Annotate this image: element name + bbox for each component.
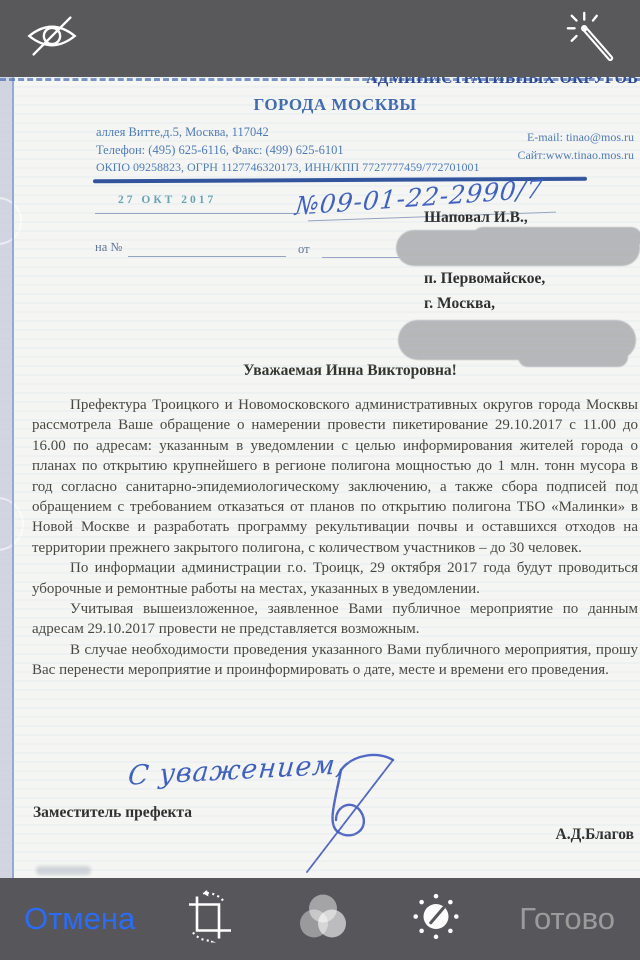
recipient-settlement: п. Первомайское, [424,270,545,288]
recipient-city: г. Москва, [424,295,495,313]
salutation: Уважаемая Инна Викторовна! [140,362,560,380]
letter-body: Префектура Троицкого и Новомосковского а… [32,395,638,681]
body-paragraph: Префектура Троицкого и Новомосковского а… [32,395,638,558]
eye-slash-icon [26,10,78,67]
reply-to-label: на № [95,240,122,255]
signer-name: А.Д.Благов [556,826,634,844]
cancel-button[interactable]: Отмена [24,901,135,937]
letterhead-address: аллея Витте,д.5, Москва, 117042 [96,125,269,140]
adjust-dial-icon [411,929,461,946]
letterhead-org-line-partial: АДМИНИСТРАТИВНЫХ ОКРУГОВ [366,77,638,88]
body-paragraph: Учитывая вышеизложенное, заявленное Вами… [32,599,638,640]
auto-enhance-button[interactable] [564,9,618,68]
letterhead-city-line: ГОРОДА МОСКВЫ [200,95,470,115]
letterhead-website: Сайт:www.tinao.mos.ru [517,148,634,163]
photo-editor-screen: АДМИНИСТРАТИВНЫХ ОКРУГОВ ГОРОДА МОСКВЫ а… [0,0,640,960]
letterhead-phone-fax: Телефон: (495) 625-6116, Факс: (499) 625… [96,143,344,158]
reply-underline [128,256,286,257]
body-paragraph: По информации администрации г.о. Троицк,… [32,558,638,599]
date-stamp: 27 ОКТ 2017 [118,194,216,206]
signature-scribble [283,732,408,878]
filters-button[interactable] [297,894,349,945]
filters-icon [297,927,349,944]
letterhead-email: E-mail: tinao@mos.ru [527,130,634,145]
bottom-toolbar: Отмена [0,878,640,960]
redaction-blob [396,230,640,266]
redaction-blob [398,320,636,360]
recipient-name: Шаповал И.В., [424,209,528,227]
hide-markup-button[interactable] [26,10,78,67]
body-paragraph: В случае необходимости проведения указан… [32,640,638,681]
crop-rotate-icon [183,930,235,947]
from-label: от [298,242,310,257]
photo-canvas[interactable]: АДМИНИСТРАТИВНЫХ ОКРУГОВ ГОРОДА МОСКВЫ а… [0,77,640,878]
date-underline [95,213,300,214]
top-toolbar [0,0,640,77]
crop-rotate-button[interactable] [183,891,235,948]
letterhead-registry: ОКПО 09258823, ОГРН 1127746320173, ИНН/К… [96,160,480,175]
magic-wand-icon [564,9,618,68]
executor-line-cutoff [36,866,91,875]
adjust-button[interactable] [411,892,461,947]
scanned-letter: АДМИНИСТРАТИВНЫХ ОКРУГОВ ГОРОДА МОСКВЫ а… [0,77,640,878]
done-button[interactable]: Готово [519,901,615,937]
signer-title: Заместитель префекта [33,804,192,822]
